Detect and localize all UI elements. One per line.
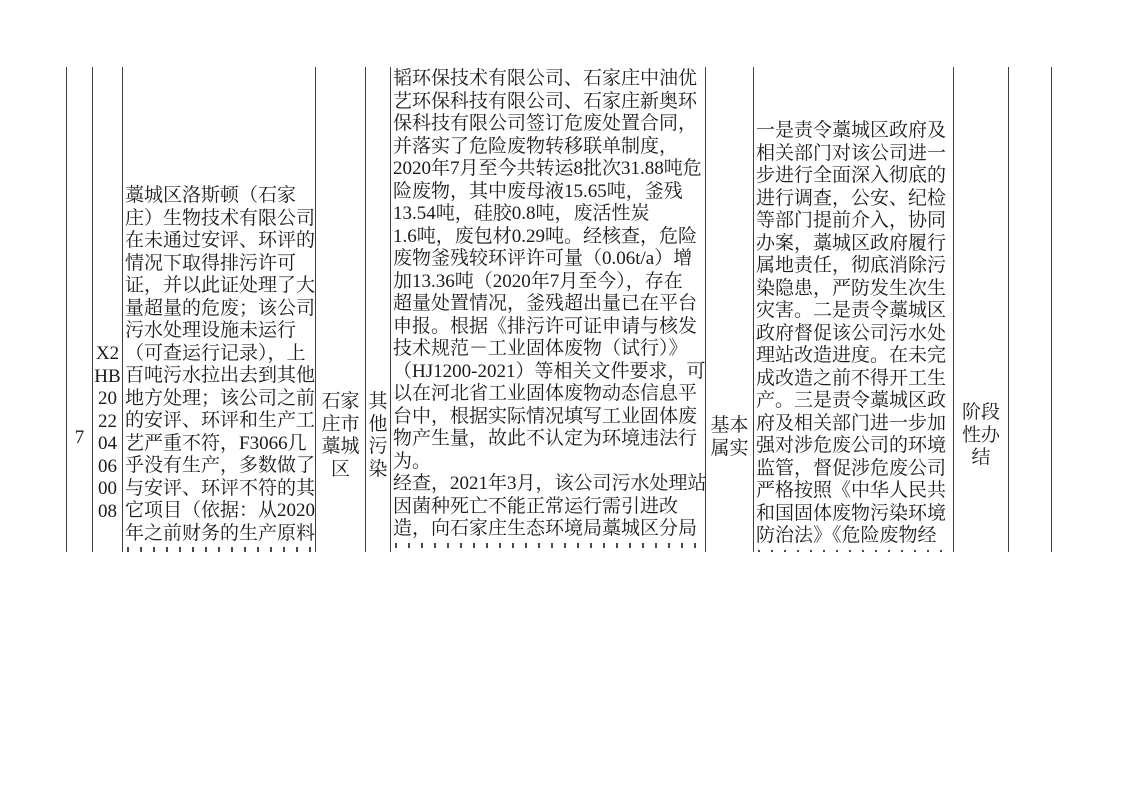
clipped-line-fragment: [127, 547, 311, 552]
complaint-text: 藁城区洛斯顿（石家 庄）生物技术有限公司 在未通过安评、环评的 情况下取得排污许…: [123, 185, 315, 545]
serial-number: 7: [67, 427, 92, 450]
investigation-text: 韬环保技术有限公司、石家庄中油优 艺环保科技有限公司、石家庄新奥环 保科技有限公…: [391, 68, 705, 541]
city-cell: 石家 庄市 藁城 区: [315, 67, 365, 552]
clipped-line-fragment: [395, 543, 701, 548]
status-cell: 阶段 性办 结: [953, 67, 1008, 552]
case-number: X2 HB 20 22 04 06 00 08: [93, 343, 122, 523]
pollution-type: 其 他 污 染: [366, 391, 390, 481]
serial-cell: 7: [66, 67, 92, 552]
pollution-type-cell: 其 他 污 染: [365, 67, 390, 552]
clipped-line-fragment: [758, 550, 949, 553]
city-name: 石家 庄市 藁城 区: [316, 391, 365, 481]
status-text: 阶段 性办 结: [954, 402, 1008, 470]
complaint-cell: 藁城区洛斯顿（石家 庄）生物技术有限公司 在未通过安评、环评的 情况下取得排污许…: [122, 67, 315, 552]
case-number-cell: X2 HB 20 22 04 06 00 08: [92, 67, 122, 552]
handling-text: 一是责令藁城区政府及 相关部门对该公司进一 步进行全面深入彻底的 进行调查，公安…: [754, 120, 953, 548]
investigation-cell: 韬环保技术有限公司、石家庄中油优 艺环保科技有限公司、石家庄新奥环 保科技有限公…: [390, 67, 705, 552]
verification-result: 基本 属实: [706, 415, 753, 460]
handling-cell: 一是责令藁城区政府及 相关部门对该公司进一 步进行全面深入彻底的 进行调查，公安…: [753, 67, 953, 552]
empty-cell: [1008, 67, 1052, 552]
verification-cell: 基本 属实: [705, 67, 753, 552]
document-page: 7 X2 HB 20 22 04 06 00 08 藁城区洛斯顿（石家 庄）生物…: [0, 0, 1122, 793]
inspection-table-row: 7 X2 HB 20 22 04 06 00 08 藁城区洛斯顿（石家 庄）生物…: [66, 67, 1052, 552]
